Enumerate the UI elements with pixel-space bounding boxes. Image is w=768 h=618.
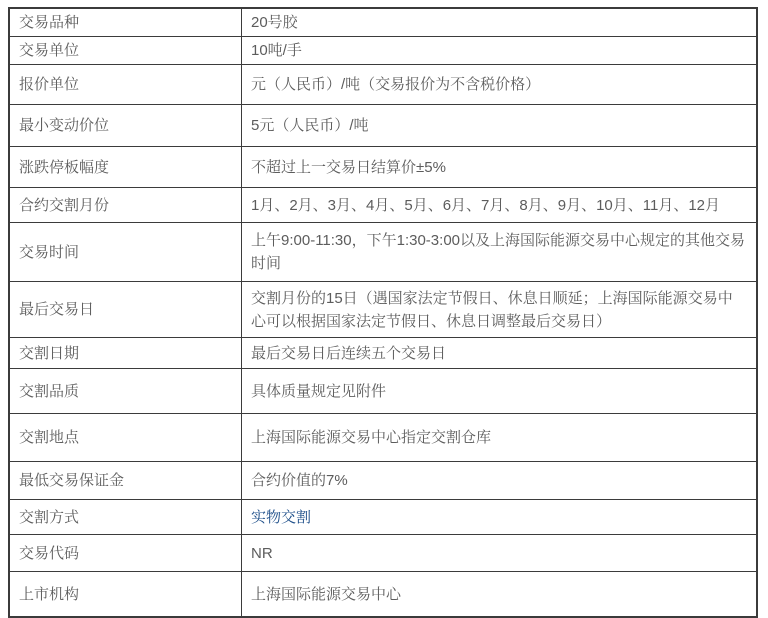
row-label: 交易品种 <box>9 8 242 37</box>
table-row-delivery-quality: 交割品质 具体质量规定见附件 <box>9 369 757 414</box>
table-row-quote-unit: 报价单位 元（人民币）/吨（交易报价为不含税价格） <box>9 65 757 105</box>
table-row-last-trading-day: 最后交易日 交割月份的15日（遇国家法定节假日、休息日顺延；上海国际能源交易中心… <box>9 282 757 338</box>
row-value: 不超过上一交易日结算价±5% <box>242 147 758 188</box>
contract-spec-section: 交易品种 20号胶 交易单位 10吨/手 报价单位 元（人民币）/吨（交易报价为… <box>8 7 758 618</box>
row-label: 最后交易日 <box>9 282 242 338</box>
row-value: 元（人民币）/吨（交易报价为不含税价格） <box>242 65 758 105</box>
row-value: 20号胶 <box>242 8 758 37</box>
row-label: 合约交割月份 <box>9 188 242 223</box>
row-value: NR <box>242 535 758 572</box>
table-row-delivery-method: 交割方式 实物交割 <box>9 500 757 535</box>
row-label: 涨跌停板幅度 <box>9 147 242 188</box>
row-label: 交割地点 <box>9 414 242 462</box>
table-row-delivery-months: 合约交割月份 1月、2月、3月、4月、5月、6月、7月、8月、9月、10月、11… <box>9 188 757 223</box>
row-value: 上海国际能源交易中心指定交割仓库 <box>242 414 758 462</box>
row-label: 交易代码 <box>9 535 242 572</box>
table-row-delivery-location: 交割地点 上海国际能源交易中心指定交割仓库 <box>9 414 757 462</box>
row-value: 最后交易日后连续五个交易日 <box>242 338 758 369</box>
row-label: 交割方式 <box>9 500 242 535</box>
row-value: 1月、2月、3月、4月、5月、6月、7月、8月、9月、10月、11月、12月 <box>242 188 758 223</box>
row-value: 上午9:00-11:30，下午1:30-3:00以及上海国际能源交易中心规定的其… <box>242 223 758 282</box>
row-value: 交割月份的15日（遇国家法定节假日、休息日顺延；上海国际能源交易中心可以根据国家… <box>242 282 758 338</box>
physical-delivery-link[interactable]: 实物交割 <box>251 509 311 526</box>
table-row-price-limit: 涨跌停板幅度 不超过上一交易日结算价±5% <box>9 147 757 188</box>
row-value: 合约价值的7% <box>242 462 758 500</box>
row-label: 最小变动价位 <box>9 105 242 147</box>
table-row-trading-code: 交易代码 NR <box>9 535 757 572</box>
contract-spec-table: 交易品种 20号胶 交易单位 10吨/手 报价单位 元（人民币）/吨（交易报价为… <box>8 7 758 618</box>
row-label: 上市机构 <box>9 572 242 618</box>
table-row-trading-unit: 交易单位 10吨/手 <box>9 37 757 65</box>
row-value: 10吨/手 <box>242 37 758 65</box>
row-label: 报价单位 <box>9 65 242 105</box>
table-row-trading-hours: 交易时间 上午9:00-11:30，下午1:30-3:00以及上海国际能源交易中… <box>9 223 757 282</box>
row-value: 5元（人民币）/吨 <box>242 105 758 147</box>
row-label: 交割日期 <box>9 338 242 369</box>
table-row-min-margin: 最低交易保证金 合约价值的7% <box>9 462 757 500</box>
row-value: 实物交割 <box>242 500 758 535</box>
row-label: 交割品质 <box>9 369 242 414</box>
table-row-listing-exchange: 上市机构 上海国际能源交易中心 <box>9 572 757 618</box>
row-label: 交易时间 <box>9 223 242 282</box>
row-value: 上海国际能源交易中心 <box>242 572 758 618</box>
row-label: 交易单位 <box>9 37 242 65</box>
table-row-delivery-date: 交割日期 最后交易日后连续五个交易日 <box>9 338 757 369</box>
row-value: 具体质量规定见附件 <box>242 369 758 414</box>
table-row-trading-product: 交易品种 20号胶 <box>9 8 757 37</box>
table-row-min-tick: 最小变动价位 5元（人民币）/吨 <box>9 105 757 147</box>
row-label: 最低交易保证金 <box>9 462 242 500</box>
